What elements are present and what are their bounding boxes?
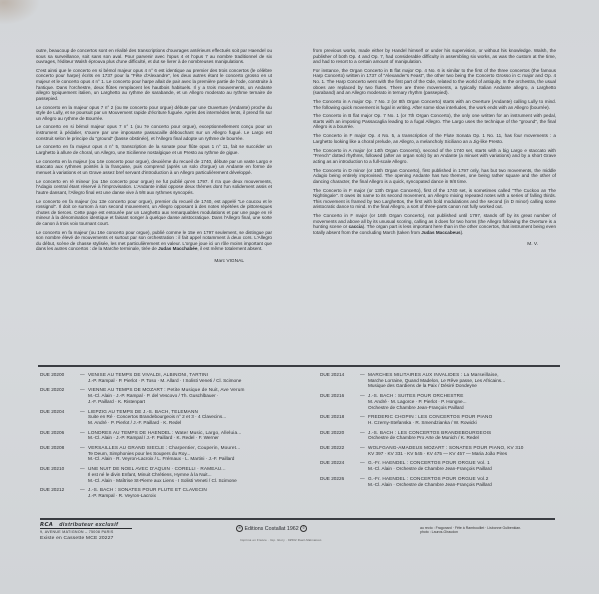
dash: — xyxy=(360,393,368,410)
catalogue-entry: DUE 20220—J.-S. BACH : LES CONCERTOS BRA… xyxy=(320,430,570,441)
catalogue-entry: DUE 20214—MARCHES MILITAIRES AUX INVALID… xyxy=(320,372,570,389)
notes-paragraph: Le concerto en fa majeur (ou 16e concert… xyxy=(36,230,272,252)
album-performers: M. André · P. Pierlot / J.-F. Paillard ·… xyxy=(88,420,310,426)
catalogue-list-right: DUE 20214—MARCHES MILITAIRES AUX INVALID… xyxy=(320,372,570,491)
dash: — xyxy=(80,387,88,404)
catalogue-entry: DUE 20210—UNE NUIT DE NOEL AVEC D'AQUIN … xyxy=(40,466,310,483)
record-back-cover: outre, beaucoup de concertos sont en réa… xyxy=(0,0,599,594)
notes-paragraph: Le concerto en la majeur opus 7 n° 2 (ou… xyxy=(36,105,272,122)
notes-paragraph: The Concerto in D minor (or 15th Organ C… xyxy=(313,168,556,185)
age-stain xyxy=(0,0,40,25)
album-performers: M.-Cl. Alain · Maîtrise St-Pierre aux Li… xyxy=(88,478,310,484)
catalogue-number: DUE 20218 xyxy=(320,414,360,425)
album-performers: J.-P. Rampal · P. Pierlot · P. Toso · M.… xyxy=(88,378,310,384)
dash: — xyxy=(360,414,368,425)
album-performers: M.-Cl. Alain · J.-P. Rampal / J.-F. Pail… xyxy=(88,435,310,441)
catalogue-entry: DUE 20216—J.-S. BACH : SUITES POUR ORCHE… xyxy=(320,393,570,410)
dash: — xyxy=(80,445,88,462)
catalogue-number: DUE 20220 xyxy=(320,430,360,441)
notes-paragraph: outre, beaucoup de concertos sont en réa… xyxy=(36,48,272,65)
printer-info: Imprimé en France · Imp. Glory · 92502 R… xyxy=(240,538,322,542)
notes-paragraph: Le concerto en si bémol majeur opus 7 n°… xyxy=(36,124,272,141)
dash: — xyxy=(80,466,88,483)
album-performers: M.-Cl. Alain · Orchestre de Chambre Jean… xyxy=(368,466,570,472)
catalogue-number: DUE 20208 xyxy=(40,445,80,462)
album-performers: KV 397 · KV 331 · KV 545 · KV 475 — KV 4… xyxy=(368,451,570,457)
dash: — xyxy=(80,430,88,441)
dash: — xyxy=(360,476,368,487)
catalogue-number: DUE 20222 xyxy=(320,445,360,456)
catalogue-number: DUE 20224 xyxy=(320,460,360,471)
catalogue-number: DUE 20202 xyxy=(40,387,80,404)
notes-paragraph: Le concerto en la majeur (ou 14e concert… xyxy=(36,159,272,176)
notes-paragraph: The Concerto in A major (or 14th Organ C… xyxy=(313,148,556,165)
copyright-icon: © xyxy=(300,525,307,532)
divider xyxy=(40,518,555,520)
catalogue-entry: DUE 20208—VERSAILLES AU GRAND SIECLE : C… xyxy=(40,445,310,462)
catalogue-number: DUE 20206 xyxy=(40,430,80,441)
album-performers: Orchestre de Chambre Jean-François Paill… xyxy=(368,405,570,411)
catalogue-list-left: DUE 20200—VENISE AU TEMPS DE VIVALDI, AL… xyxy=(40,372,310,503)
edition-text: Editions Costallat 1962 xyxy=(244,526,298,532)
distributor-address: 9, AVENUE MATIGNON – 75008 PARIS xyxy=(40,529,132,535)
dash: — xyxy=(80,487,88,498)
dash: — xyxy=(360,460,368,471)
catalogue-number: DUE 20226 xyxy=(320,476,360,487)
dash: — xyxy=(80,372,88,383)
cassette-info: Existe en Cassette MCE 20227 xyxy=(40,536,132,542)
notes-paragraph: C'est ainsi que le concerto en si bémol … xyxy=(36,68,272,101)
distributor-label: distributeur exclusif xyxy=(59,522,118,528)
notes-paragraph: The Concerto in F major Op. 4 No. 5, a t… xyxy=(313,133,556,144)
catalogue-entry: DUE 20224—G.-Fr. HAENDEL : CONCERTOS POU… xyxy=(320,460,570,471)
album-performers: Orchestre de Chambre Pro Arte de Munich … xyxy=(368,435,570,441)
album-performers: J.-F. Paillard · K. Ristenpart xyxy=(88,399,310,405)
catalogue-number: DUE 20216 xyxy=(320,393,360,410)
catalogue-entry: DUE 20202—VIENNE AU TEMPS DE MOZART : Pe… xyxy=(40,387,310,404)
dash: — xyxy=(360,430,368,441)
catalogue-number: DUE 20214 xyxy=(320,372,360,389)
liner-notes-french: outre, beaucoup de concertos sont en réa… xyxy=(36,48,272,264)
dash: — xyxy=(80,409,88,426)
catalogue-number: DUE 20212 xyxy=(40,487,80,498)
notes-paragraph: Le concerto en ré mineur (ou 15e concert… xyxy=(36,179,272,196)
catalogue-number: DUE 20204 xyxy=(40,409,80,426)
album-performers: M.-Cl. Alain · Orchestre de Chambre Jean… xyxy=(368,482,570,488)
notes-paragraph: The Concerto in F major (or 16th Organ C… xyxy=(313,213,556,235)
notes-paragraph: The Concerto in F major (or 13th Organ C… xyxy=(313,188,556,210)
catalogue-entry: DUE 20222—WOLFGANG-AMADEUS MOZART : SONA… xyxy=(320,445,570,456)
catalogue-number: DUE 20200 xyxy=(40,372,80,383)
dash: — xyxy=(360,372,368,389)
notes-paragraph: The Concerto in A major Op. 7 No. 2 (or … xyxy=(313,99,556,110)
album-performers: Musique des Gardiens de la Paix / Désiré… xyxy=(368,383,570,389)
catalogue-number: DUE 20210 xyxy=(40,466,80,483)
dash: — xyxy=(360,445,368,456)
notes-paragraph: from previous works, made either by Hand… xyxy=(313,48,556,65)
catalogue-entry: DUE 20218—FREDERIC CHOPIN : LES CONCERTO… xyxy=(320,414,570,425)
notes-paragraph: Le concerto en fa majeur (ou 13e concert… xyxy=(36,199,272,227)
catalogue-entry: DUE 20200—VENISE AU TEMPS DE VIVALDI, AL… xyxy=(40,372,310,383)
liner-notes-english: from previous works, made either by Hand… xyxy=(313,48,556,248)
cover-credit: au recto : Fragonard · Fête à Rambouille… xyxy=(420,526,521,534)
notes-paragraph: Le concerto en fa majeur opus 4 n° 5, tr… xyxy=(36,144,272,155)
distributor-block: RCAdistributeur exclusif 9, AVENUE MATIG… xyxy=(40,522,132,542)
catalogue-entry: DUE 20206—LONDRES AU TEMPS DE HAENDEL : … xyxy=(40,430,310,441)
catalogue-entry: DUE 20212—J.-S. BACH : SONATES POUR FLUT… xyxy=(40,487,310,498)
signature: Marc VIGNAL xyxy=(36,259,272,265)
catalogue-entry: DUE 20226—G.-Fr. HAENDEL : CONCERTOS POU… xyxy=(320,476,570,487)
album-performers: H. Czerny-Stefanska · R. Smendzianka / W… xyxy=(368,420,570,426)
notes-paragraph: For instance, the Organ Concerto in B fl… xyxy=(313,68,556,96)
divider xyxy=(38,365,560,367)
phonogram-icon: ℗ xyxy=(236,525,243,532)
rca-logo: RCA xyxy=(40,522,53,528)
catalogue-entry: DUE 20204—LIEPZIG AU TEMPS DE J.-S. BACH… xyxy=(40,409,310,426)
notes-paragraph: The Concerto in B flat major Op. 7 No. 1… xyxy=(313,113,556,130)
edition-line: ℗ Editions Costallat 1962 © xyxy=(236,525,307,532)
signature: M. V. xyxy=(313,242,556,248)
album-performers: J.-P. Rampal · R. Veyron-Lacroix xyxy=(88,493,310,499)
album-performers: M.-Cl. Alain · R. Veyron-Lacroix / L. Fr… xyxy=(88,456,310,462)
